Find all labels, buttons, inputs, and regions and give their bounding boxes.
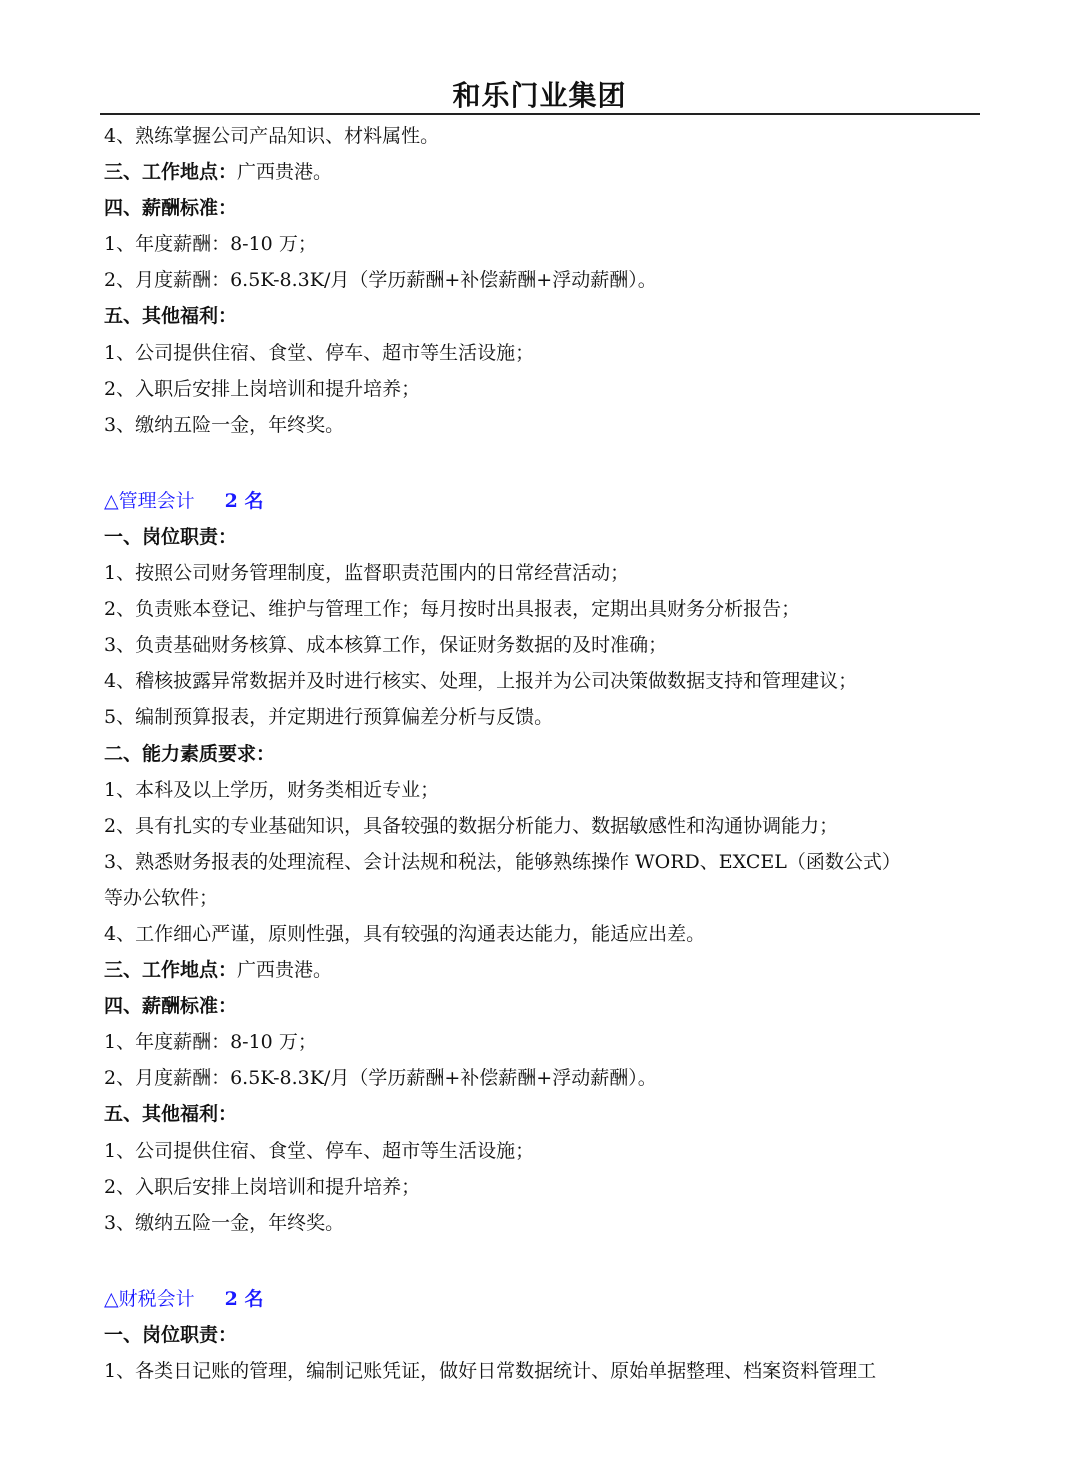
job-title: △管理会计 [104, 490, 195, 512]
section-heading: 三、工作地点： [104, 161, 237, 183]
job-section-tax-accountant: △财税会计2 名 一、岗位职责： 1、各类日记账的管理，编制记账凭证，做好日常数… [104, 1281, 984, 1389]
text-line: 1、各类日记账的管理，编制记账凭证，做好日常数据统计、原始单据整理、档案资料管理… [104, 1353, 984, 1389]
location-value: 广西贵港。 [237, 161, 332, 183]
text-line: 4、熟练掌握公司产品知识、材料属性。 [104, 118, 984, 154]
text-line: 3、熟悉财务报表的处理流程、会计法规和税法，能够熟练操作 WORD、EXCEL（… [104, 844, 984, 880]
text-line: 4、稽核披露异常数据并及时进行核实、处理，上报并为公司决策做数据支持和管理建议； [104, 663, 984, 699]
job-section-management-accountant: △管理会计2 名 一、岗位职责： 1、按照公司财务管理制度，监督职责范围内的日常… [104, 483, 984, 1241]
job-title: △财税会计 [104, 1288, 195, 1310]
text-line: 1、公司提供住宿、食堂、停车、超市等生活设施； [104, 335, 984, 371]
text-line: 三、工作地点：广西贵港。 [104, 154, 984, 190]
text-line: 等办公软件； [104, 880, 984, 916]
section-heading: 三、工作地点： [104, 959, 237, 981]
text-line: 2、月度薪酬：6.5K-8.3K/月（学历薪酬+补偿薪酬+浮动薪酬）。 [104, 1060, 984, 1096]
section-heading: 一、岗位职责： [104, 1317, 984, 1353]
text-line: 1、本科及以上学历，财务类相近专业； [104, 772, 984, 808]
spacer [104, 443, 984, 483]
spacer [104, 1241, 984, 1281]
section-heading: 四、薪酬标准： [104, 988, 984, 1024]
section-heading: 五、其他福利： [104, 298, 984, 334]
section-heading: 四、薪酬标准： [104, 190, 984, 226]
text-line: 3、负责基础财务核算、成本核算工作，保证财务数据的及时准确； [104, 627, 984, 663]
text-line: 1、年度薪酬：8-10 万； [104, 226, 984, 262]
section-heading: 一、岗位职责： [104, 519, 984, 555]
job-title-line: △管理会计2 名 [104, 483, 984, 519]
text-line: 2、入职后安排上岗培训和提升培养； [104, 371, 984, 407]
text-line: 三、工作地点：广西贵港。 [104, 952, 984, 988]
text-line: 2、负责账本登记、维护与管理工作；每月按时出具报表，定期出具财务分析报告； [104, 591, 984, 627]
section-heading: 五、其他福利： [104, 1096, 984, 1132]
text-line: 1、公司提供住宿、食堂、停车、超市等生活设施； [104, 1133, 984, 1169]
job-count: 2 名 [225, 490, 264, 512]
text-line: 1、按照公司财务管理制度，监督职责范围内的日常经营活动； [104, 555, 984, 591]
section-heading: 二、能力素质要求： [104, 736, 984, 772]
document-title: 和乐门业集团 [0, 74, 1079, 114]
header-divider [100, 113, 980, 115]
job-title-line: △财税会计2 名 [104, 1281, 984, 1317]
text-line: 2、月度薪酬：6.5K-8.3K/月（学历薪酬+补偿薪酬+浮动薪酬）。 [104, 262, 984, 298]
text-line: 3、缴纳五险一金，年终奖。 [104, 407, 984, 443]
text-line: 5、编制预算报表，并定期进行预算偏差分析与反馈。 [104, 699, 984, 735]
text-line: 2、入职后安排上岗培训和提升培养； [104, 1169, 984, 1205]
text-line: 1、年度薪酬：8-10 万； [104, 1024, 984, 1060]
text-line: 2、具有扎实的专业基础知识，具备较强的数据分析能力、数据敏感性和沟通协调能力； [104, 808, 984, 844]
document-body: 4、熟练掌握公司产品知识、材料属性。 三、工作地点：广西贵港。 四、薪酬标准： … [104, 118, 984, 1389]
job-count: 2 名 [225, 1288, 264, 1310]
text-line: 3、缴纳五险一金，年终奖。 [104, 1205, 984, 1241]
section-continuation: 4、熟练掌握公司产品知识、材料属性。 三、工作地点：广西贵港。 四、薪酬标准： … [104, 118, 984, 443]
text-line: 4、工作细心严谨，原则性强，具有较强的沟通表达能力，能适应出差。 [104, 916, 984, 952]
location-value: 广西贵港。 [237, 959, 332, 981]
